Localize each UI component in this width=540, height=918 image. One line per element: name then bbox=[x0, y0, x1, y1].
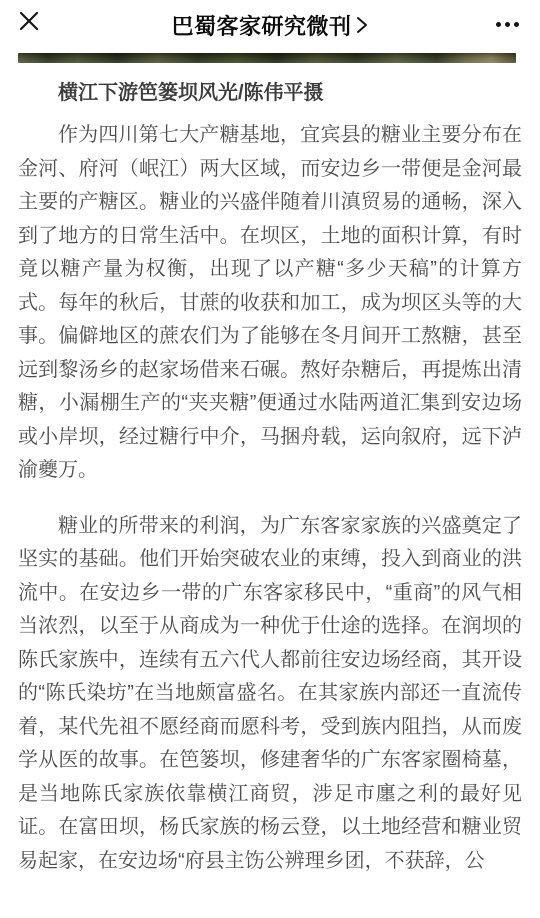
close-button[interactable] bbox=[14, 8, 44, 38]
ellipsis-icon bbox=[514, 22, 519, 27]
more-menu-button[interactable] bbox=[490, 11, 524, 37]
article-body: 作为四川第七大产糖基地，宜宾县的糖业主要分布在金河、府河（岷江）两大区域，而安边… bbox=[18, 119, 522, 878]
chevron-right-icon bbox=[355, 15, 369, 35]
top-navbar: 巴蜀客家研究微刊 bbox=[0, 0, 540, 50]
ellipsis-icon bbox=[505, 22, 510, 27]
paragraph: 作为四川第七大产糖基地，宜宾县的糖业主要分布在金河、府河（岷江）两大区域，而安边… bbox=[18, 119, 522, 488]
account-title-link[interactable]: 巴蜀客家研究微刊 bbox=[171, 10, 368, 41]
page-title: 巴蜀客家研究微刊 bbox=[171, 10, 351, 41]
photo-bottom-edge bbox=[18, 53, 516, 63]
article-content: 横江下游笆篓坝风光/陈伟平摄 作为四川第七大产糖基地，宜宾县的糖业主要分布在金河… bbox=[0, 53, 540, 878]
photo-caption: 横江下游笆篓坝风光/陈伟平摄 bbox=[18, 80, 522, 107]
ellipsis-icon bbox=[496, 22, 501, 27]
paragraph: 糖业的所带来的利润，为广东客家家族的兴盛奠定了坚实的基础。他们开始突破农业的束缚… bbox=[18, 510, 522, 879]
close-icon bbox=[18, 10, 40, 37]
